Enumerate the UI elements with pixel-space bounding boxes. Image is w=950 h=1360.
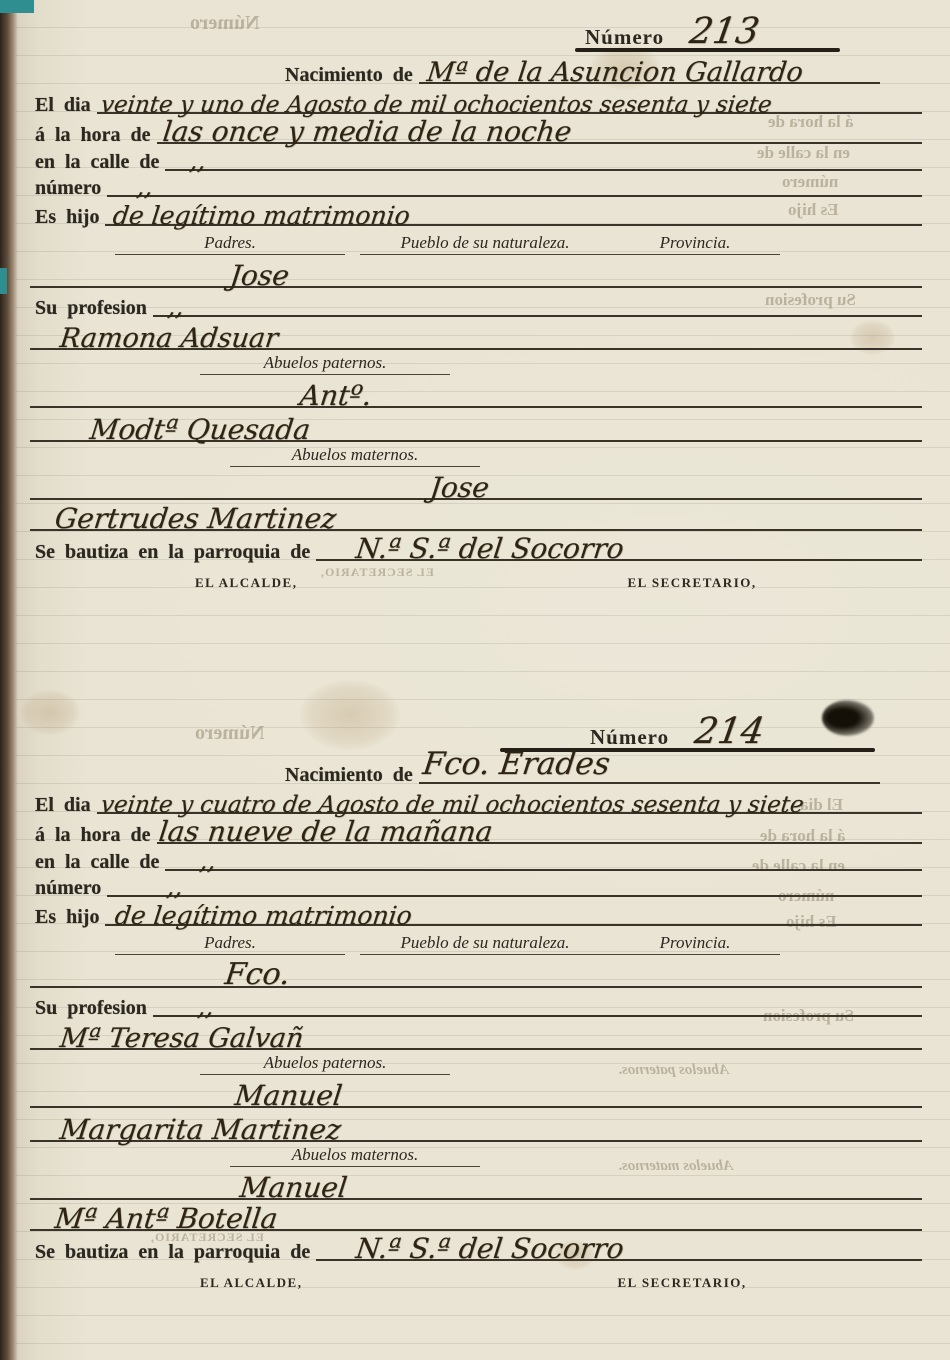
bautiza-label: Se bautiza en la parroquia de	[30, 1241, 316, 1267]
abuelo-materno-line: Manuel	[30, 1164, 922, 1200]
profesion-line: ,,	[153, 286, 922, 317]
dia-line: veinte y uno de Agosto de mil ochociento…	[97, 82, 922, 114]
bautiza-line: N.ª S.ª del Socorro	[316, 529, 922, 561]
bautiza-label: Se bautiza en la parroquia de	[30, 541, 316, 567]
book-binding-edge	[0, 0, 18, 1360]
birth-record-213: Número 213 Nacimiento de Mª de la Asunci…	[30, 8, 922, 591]
binding-teal-tab	[0, 0, 34, 13]
abuela-materna-line: Gertrudes Martinez	[30, 498, 922, 531]
ink-blot	[822, 700, 874, 736]
abuela-paterna-row: Margarita Martinez	[30, 1114, 922, 1148]
name-line: Fco. Erades	[419, 744, 880, 784]
madre-row: Ramona Adsuar	[30, 323, 922, 356]
hijo-line: de legítimo matrimonio	[105, 195, 922, 226]
madre-row: Mª Teresa Galvañ	[30, 1023, 922, 1056]
profesion-line: ,,	[153, 986, 922, 1017]
padre-line: Jose	[30, 252, 922, 288]
madre-line: Ramona Adsuar	[30, 315, 922, 350]
legitimacy: de legítimo matrimonio	[114, 901, 414, 930]
hijo-label: Es hijo	[30, 206, 105, 232]
register-page: { "colors": { "paper": "#e9e4d3", "print…	[0, 0, 950, 1360]
alcalde-label: EL ALCALDE,	[200, 1275, 302, 1291]
abuelo-paterno-line: Manuel	[30, 1072, 922, 1108]
abuelo-materno-line: Jose	[30, 464, 922, 500]
abuela-paterna-row: Modtª Quesada	[30, 414, 922, 448]
numero-calle-label: número	[30, 877, 107, 903]
maternal-grandmother: Gertrudes Martinez	[53, 502, 338, 535]
hora-label: á la hora de	[30, 124, 157, 150]
dia-label: El dia	[30, 94, 97, 120]
mother-name: Ramona Adsuar	[58, 323, 280, 354]
hijo-row: Es hijo de legítimo matrimonio	[30, 203, 922, 232]
bautiza-line: N.ª S.ª del Socorro	[316, 1229, 922, 1261]
child-name: Fco. Erades	[421, 746, 612, 782]
hora-line: las once y media de la noche	[157, 112, 922, 144]
hora-label: á la hora de	[30, 824, 157, 850]
calle-line: ,,	[165, 142, 922, 171]
dia-label: El dia	[30, 794, 97, 820]
signatures-row: EL ALCALDE, EL SECRETARIO,	[30, 567, 922, 591]
numero-calle-label: número	[30, 177, 107, 203]
abuela-materna-line: Mª Antª Botella	[30, 1198, 922, 1231]
maternal-grandmother: Mª Antª Botella	[53, 1202, 280, 1235]
numero-calle-line: ,,	[107, 869, 922, 897]
hora-line: las nueve de la mañana	[157, 812, 922, 844]
abuela-paterna-line: Margarita Martinez	[30, 1106, 922, 1142]
calle-line: ,,	[165, 842, 922, 871]
secretario-label: EL SECRETARIO,	[627, 575, 756, 591]
hijo-row: Es hijo de legítimo matrimonio	[30, 903, 922, 932]
paternal-grandmother: Margarita Martinez	[58, 1113, 343, 1146]
name-line: Mª de la Asuncion Gallardo	[419, 44, 880, 84]
madre-line: Mª Teresa Galvañ	[30, 1015, 922, 1050]
parish-name: N.ª S.ª del Socorro	[354, 532, 626, 565]
bautiza-row: Se bautiza en la parroquia de N.ª S.ª de…	[30, 537, 922, 567]
numero-calle-line: ,,	[107, 169, 922, 197]
bautiza-row: Se bautiza en la parroquia de N.ª S.ª de…	[30, 1237, 922, 1267]
dia-line: veinte y cuatro de Agosto de mil ochocie…	[97, 782, 922, 814]
alcalde-label: EL ALCALDE,	[195, 575, 297, 591]
padre-line: Fco.	[30, 952, 922, 988]
signatures-row: EL ALCALDE, EL SECRETARIO,	[30, 1267, 922, 1291]
birth-record-214: Número 214 Nacimiento de Fco. Erades El …	[30, 708, 922, 1291]
hijo-line: de legítimo matrimonio	[105, 895, 922, 926]
hijo-label: Es hijo	[30, 906, 105, 932]
secretario-label: EL SECRETARIO,	[617, 1275, 746, 1291]
parish-name: N.ª S.ª del Socorro	[354, 1232, 626, 1265]
abuelo-paterno-line: Antº.	[30, 372, 922, 408]
mother-name: Mª Teresa Galvañ	[58, 1023, 305, 1054]
abuela-paterna-line: Modtª Quesada	[30, 406, 922, 442]
binding-teal-tab	[0, 268, 7, 294]
paternal-grandmother: Modtª Quesada	[88, 413, 312, 446]
legitimacy: de legítimo matrimonio	[112, 201, 412, 230]
